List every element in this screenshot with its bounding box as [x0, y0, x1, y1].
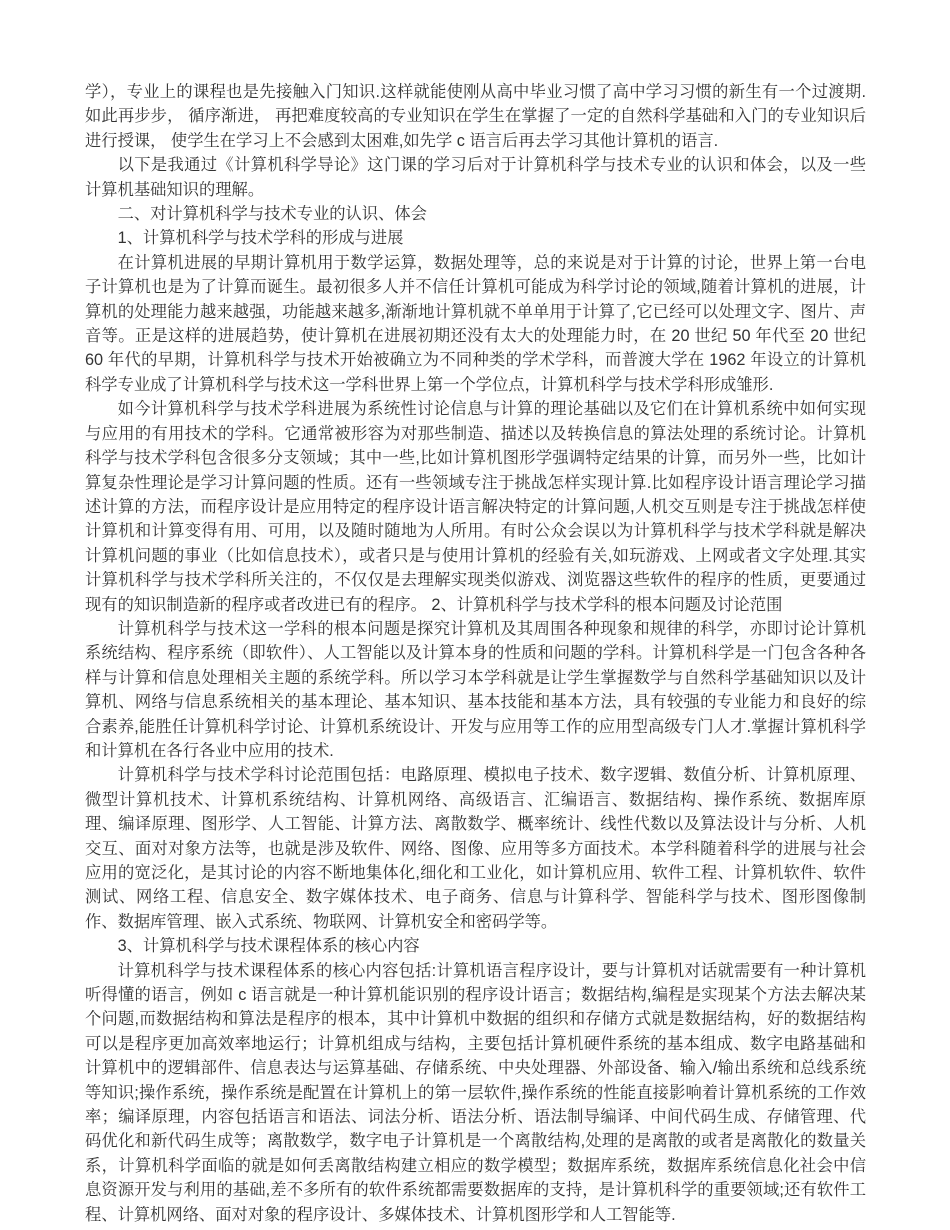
paragraph: 如今计算机科学与技术学科进展为系统性讨论信息与计算的理论基础以及它们在计算机系统…	[85, 397, 866, 617]
paragraph: 以下是我通过《计算机科学导论》这门课的学习后对于计算机科学与技术专业的认识和体会…	[85, 153, 866, 202]
paragraph: 学），专业上的课程也是先接触入门知识.这样就能使刚从高中毕业习惯了高中学习习惯的…	[85, 80, 866, 153]
paragraph: 在计算机进展的早期计算机用于数学运算，数据处理等，总的来说是对于计算的讨论，世界…	[85, 251, 866, 397]
document-body: 学），专业上的课程也是先接触入门知识.这样就能使刚从高中毕业习惯了高中学习习惯的…	[85, 80, 866, 1227]
paragraph: 计算机科学与技术这一学科的根本问题是探究计算机及其周围各种现象和规律的科学，亦即…	[85, 617, 866, 763]
subsection-heading: 1、计算机科学与技术学科的形成与进展	[85, 226, 866, 250]
section-heading: 二、对计算机科学与技术专业的认识、体会	[85, 202, 866, 226]
paragraph: 计算机科学与技术课程体系的核心内容包括:计算机语言程序设计，要与计算机对话就需要…	[85, 959, 866, 1227]
document-page: 学），专业上的课程也是先接触入门知识.这样就能使刚从高中毕业习惯了高中学习习惯的…	[0, 0, 950, 1230]
paragraph: 计算机科学与技术学科讨论范围包括：电路原理、模拟电子技术、数字逻辑、数值分析、计…	[85, 763, 866, 934]
subsection-heading: 3、计算机科学与技术课程体系的核心内容	[85, 934, 866, 958]
